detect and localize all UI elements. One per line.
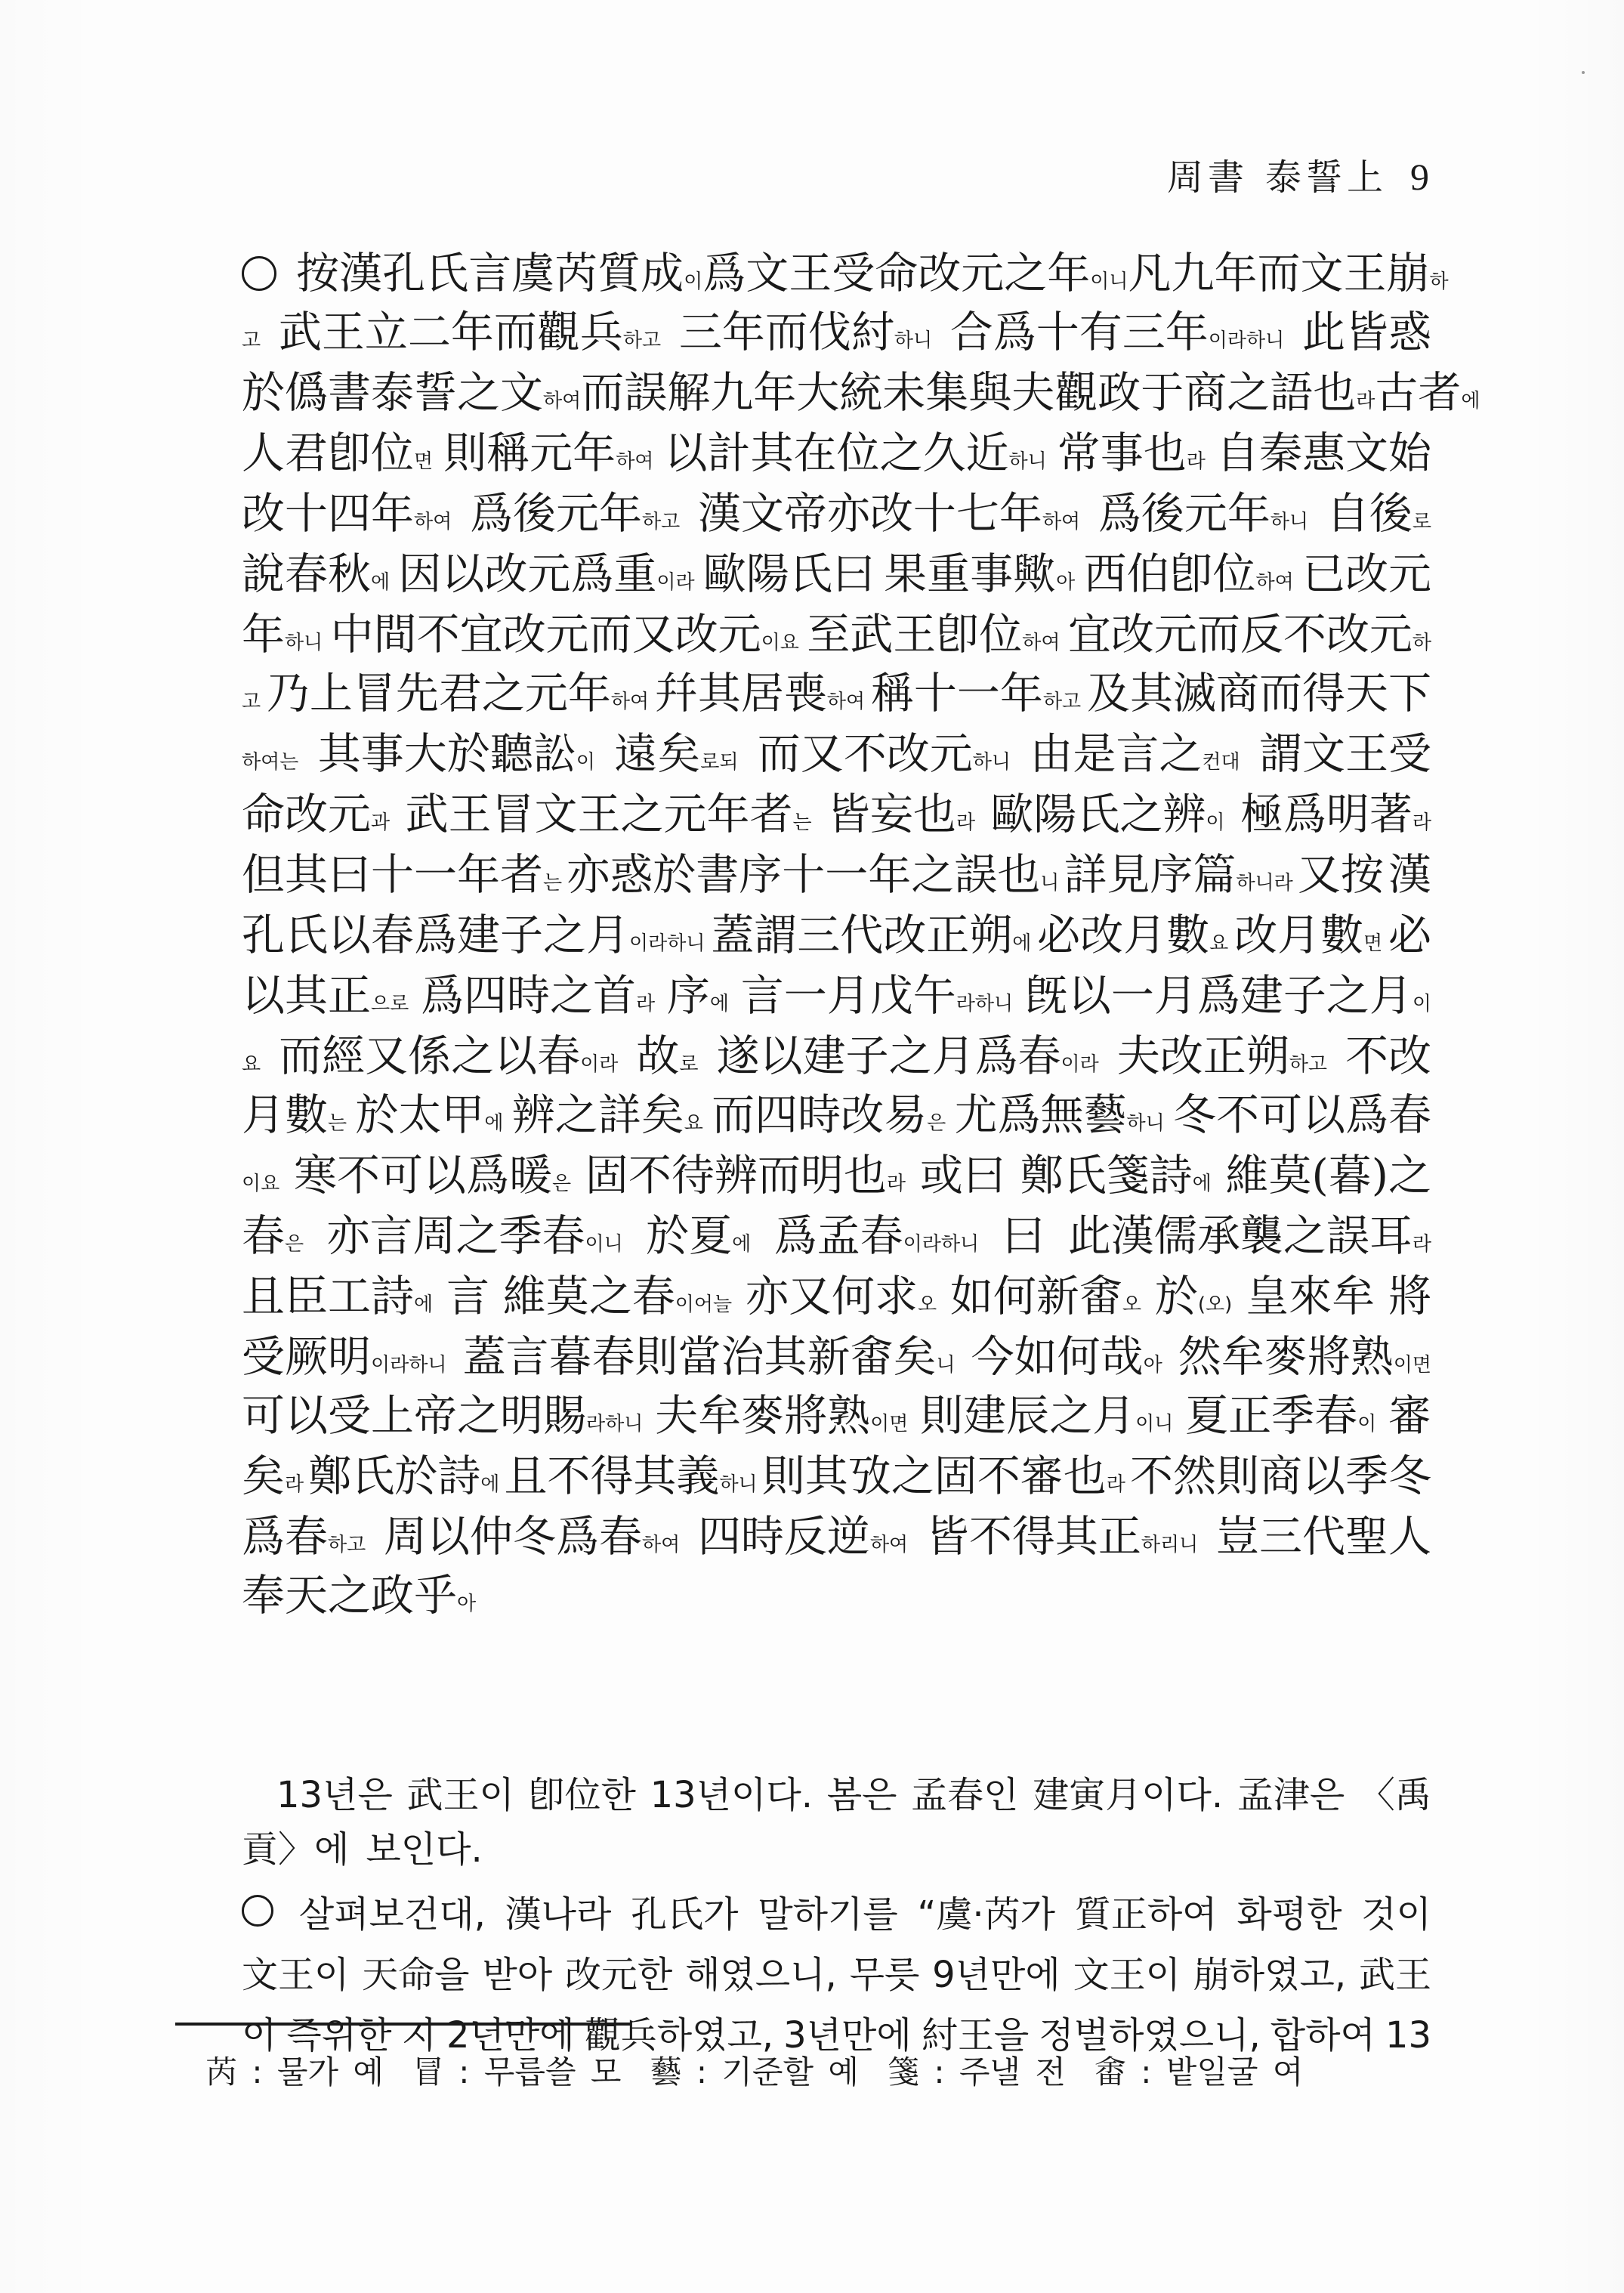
text-segment: 不然則商以季冬: [1130, 1446, 1431, 1507]
text-segment: 爲後元年하니: [1098, 484, 1308, 552]
text-segment: 亦惑於書序十一年之誤也니: [567, 845, 1059, 913]
korean-particle: 이니: [1090, 270, 1128, 293]
circle-marker-icon: [242, 1895, 273, 1927]
text-segment: 維莫之春이어늘: [503, 1266, 732, 1335]
text-segment: 以計其在位之久近하니: [664, 423, 1046, 492]
korean-particle: 이요: [761, 632, 799, 654]
commentary-line: 이요寒不可以爲暖은固不待辨而明也라或曰鄭氏箋詩에維莫(暮)之: [242, 1145, 1431, 1206]
translation-word: 文王이: [1073, 1945, 1181, 2005]
text-segment: 言: [446, 1266, 489, 1327]
text-segment: 固不待辨而明也라: [585, 1145, 906, 1214]
korean-particle: 은: [927, 1112, 946, 1135]
footnote-gloss: : 기준할 예: [681, 2054, 859, 2091]
korean-particle: 하고: [1043, 691, 1081, 713]
korean-particle: 에: [480, 1473, 499, 1496]
text-segment: 合爲十有三年이라하니: [950, 302, 1284, 371]
korean-particle: 하여: [1022, 632, 1060, 654]
footnote-gloss: : 밭일굴 여: [1126, 2054, 1304, 2091]
korean-particle: 라: [1413, 811, 1431, 834]
text-segment: 古者에: [1375, 363, 1480, 431]
korean-particle: 니: [1040, 872, 1059, 895]
text-segment: 則稱元年하여: [443, 423, 653, 492]
text-segment: 如何新畬오: [950, 1266, 1141, 1335]
text-segment: 乃上冒先君之元年하여: [267, 663, 649, 732]
text-segment: 將: [1388, 1266, 1431, 1327]
circle-marker-icon: [242, 256, 276, 291]
text-segment: 且不得其義하니: [504, 1446, 757, 1515]
footnote-char: 藝: [650, 2054, 681, 2091]
commentary-line: 按漢孔氏言虞芮質成이爲文王受命改元之年이니凡九年而文王崩하: [242, 243, 1431, 304]
text-segment: 矣라: [242, 1446, 304, 1515]
text-segment: 果重事歟아: [884, 544, 1075, 613]
korean-particle: 고: [242, 329, 261, 352]
footnote-entry: 芮 : 물가 예: [205, 2047, 384, 2093]
translation-word: 天命을: [362, 1945, 469, 2005]
text-segment: 於夏에: [646, 1206, 751, 1275]
text-segment: 夏正季春이: [1185, 1386, 1376, 1454]
korean-particle: 하니: [1127, 1112, 1165, 1135]
korean-particle: 요: [684, 1112, 703, 1135]
korean-particle: 에: [1012, 932, 1031, 955]
korean-particle: 라: [887, 1173, 906, 1195]
translation-word: 봄은: [827, 1765, 897, 1825]
translation-word: 武王이: [407, 1765, 514, 1825]
text-segment: 維莫(暮)之: [1226, 1145, 1431, 1206]
text-segment: 曰: [1002, 1206, 1045, 1266]
text-segment: 豈三代聖人: [1216, 1507, 1431, 1567]
korean-particle: 이라: [1061, 1053, 1098, 1076]
text-segment: 或曰: [920, 1145, 1006, 1206]
text-segment: 必改月數요: [1037, 905, 1228, 974]
translation-word: 해였으니,: [685, 1945, 837, 2005]
korean-particle: 이라하니: [371, 1354, 446, 1377]
footnote-entry: 冒 : 무릅쓸 모: [412, 2047, 622, 2093]
text-segment: 遠矣로되: [614, 724, 738, 793]
text-segment: 自後로: [1326, 484, 1431, 552]
text-segment: 其事大於聽訟이: [318, 724, 595, 793]
footnote-glossary: 芮 : 물가 예冒 : 무릅쓸 모藝 : 기준할 예箋 : 주낼 전畬 : 밭일…: [205, 2047, 1332, 2093]
footnote-gloss: : 주낼 전: [919, 2054, 1066, 2091]
text-segment: 詳見序篇하니라: [1064, 845, 1292, 913]
commentary-line: 하여는其事大於聽訟이遠矣로되而又不改元하니由是言之컨대謂文王受: [242, 724, 1431, 784]
text-segment: 極爲明著라: [1240, 784, 1431, 853]
korean-particle: 오: [1122, 1293, 1141, 1316]
korean-particle: 하니: [719, 1473, 757, 1496]
translation-line: 살펴보건대,漢나라孔氏가말하기를“虞·芮가質正하여화평한것이: [242, 1884, 1431, 1945]
korean-particle: 이어늘: [675, 1293, 732, 1316]
korean-particle: 하고: [1289, 1053, 1327, 1076]
commentary-line: 但其曰十一年者는亦惑於書序十一年之誤也니詳見序篇하니라又按漢: [242, 845, 1431, 905]
translation-word: 建寅月이다.: [1033, 1765, 1223, 1825]
korean-particle: 에: [414, 1293, 433, 1316]
text-segment: 하여는: [242, 724, 298, 793]
translation-word: 13: [1385, 2005, 1431, 2066]
text-segment: 爲四時之首라: [421, 966, 655, 1034]
text-segment: 爲後元年하고: [470, 484, 680, 552]
korean-particle: 과: [371, 811, 390, 834]
translation-word: 改元한: [565, 1945, 672, 2005]
text-segment: 且臣工詩에: [242, 1266, 433, 1335]
korean-particle: 하니: [1270, 511, 1308, 533]
korean-particle: 라: [1413, 1233, 1431, 1256]
korean-particle: 이: [1206, 811, 1224, 834]
translation-word: 받아: [482, 1945, 552, 2005]
korean-particle: 하여: [827, 691, 865, 713]
text-segment: 寒不可以爲暖은: [294, 1145, 571, 1214]
text-segment: 亦言周之季春이니: [327, 1206, 623, 1275]
korean-particle: 라: [956, 811, 975, 834]
footnote-char: 畬: [1095, 2054, 1126, 2091]
translation-word: 孟春인: [911, 1765, 1018, 1825]
text-segment: 冬不可以爲春: [1173, 1085, 1431, 1145]
text-segment: 歐陽氏之辨이: [990, 784, 1224, 853]
commentary-line: 說春秋에因以改元爲重이라歐陽氏曰果重事歟아西伯卽位하여已改元: [242, 544, 1431, 604]
translation-word: 貢〉에: [242, 1819, 349, 1880]
text-segment: 爲孟春이라하니: [774, 1206, 979, 1275]
footnote-rule: [175, 2023, 631, 2026]
text-segment: 命改元과: [242, 784, 390, 853]
korean-particle: 이니: [1135, 1413, 1173, 1435]
korean-particle: 하니라: [1236, 872, 1292, 895]
translation-word: 보인다.: [366, 1819, 482, 1880]
translation-word: 漢나라: [505, 1884, 612, 1945]
korean-particle: 하고: [328, 1534, 366, 1556]
text-segment: 按漢孔氏言: [242, 243, 511, 304]
korean-particle: 요: [1209, 932, 1228, 955]
text-segment: 奉天之政乎아: [242, 1565, 476, 1634]
translation-line: 13년은武王이卽位한13년이다.봄은孟春인建寅月이다.孟津은〈禹: [242, 1765, 1431, 1825]
commentary-line: 受厥明이라하니蓋言暮春則當治其新畬矣니今如何哉아然牟麥將熟이면: [242, 1327, 1431, 1387]
korean-particle: 하여: [543, 390, 581, 413]
commentary-line: 矣라鄭氏於詩에且不得其義하니則其攷之固不審也라不然則商以季冬: [242, 1446, 1431, 1507]
commentary-line: 고武王立二年而觀兵하고三年而伐紂하니合爲十有三年이라하니此皆惑: [242, 302, 1431, 363]
translation-word: 孔氏가: [631, 1884, 738, 1945]
text-segment: 尤爲無藝하니: [955, 1085, 1165, 1154]
text-segment: 說春秋에: [242, 544, 390, 613]
footnote-entry: 畬 : 밭일굴 여: [1095, 2047, 1304, 2093]
text-segment: 不改: [1345, 1026, 1431, 1086]
korean-particle: 하여: [1042, 511, 1080, 533]
running-head-book: 周書: [1167, 156, 1249, 199]
translation-word: “虞·芮가: [918, 1884, 1056, 1945]
korean-particle: 는: [543, 872, 562, 895]
korean-particle: 은: [285, 1233, 304, 1256]
text-segment: 辨之詳矣요: [512, 1085, 703, 1154]
korean-particle: 라: [1107, 1473, 1125, 1496]
footnote-entry: 藝 : 기준할 예: [650, 2047, 859, 2093]
footnote-gloss: : 물가 예: [237, 2054, 384, 2091]
korean-particle: 이라: [656, 571, 694, 594]
text-segment: 이요: [242, 1145, 279, 1214]
text-segment: 謂文王受: [1259, 724, 1431, 784]
footnote-char: 冒: [412, 2054, 444, 2091]
korean-particle: 하여: [1255, 571, 1293, 594]
text-segment: 旣以一月爲建子之月이: [1025, 966, 1431, 1034]
commentary-line: 改十四年하여爲後元年하고漢文帝亦改十七年하여爲後元年하니自後로: [242, 484, 1431, 544]
translation-line: 文王이天命을받아改元한해였으니,무릇9년만에文王이崩하였고,武王: [242, 1945, 1431, 2005]
translation-word: 〈禹: [1359, 1765, 1431, 1825]
korean-particle: 는: [792, 811, 811, 834]
korean-particle: 면: [414, 450, 433, 473]
commentary-line: 요而經又係之以春이라故로遂以建子之月爲春이라夫改正朔하고不改: [242, 1026, 1431, 1086]
korean-particle: 이라하니: [903, 1233, 979, 1256]
text-segment: 武王立二年而觀兵하고: [279, 302, 661, 371]
commentary-line: 孔氏以春爲建子之月이라하니蓋謂三代改正朔에必改月數요改月數면必: [242, 905, 1431, 966]
korean-particle: 하여는: [242, 751, 298, 774]
korean-particle: 에: [371, 571, 390, 594]
commentary-line: 奉天之政乎아: [242, 1565, 1431, 1626]
korean-particle: 으로: [371, 993, 409, 1015]
korean-particle: 이면: [1394, 1354, 1431, 1377]
text-segment: 又按: [1298, 845, 1384, 905]
text-segment: 月數는: [242, 1085, 347, 1154]
korean-particle: 하: [1413, 632, 1431, 654]
text-segment: 人君卽位면: [242, 423, 433, 492]
text-segment: 已改元: [1302, 544, 1431, 604]
text-segment: 幷其居喪하여: [655, 663, 865, 732]
text-segment: 鄭氏於詩에: [308, 1446, 499, 1515]
text-segment: 此漢儒承襲之誤耳라: [1068, 1206, 1431, 1275]
text-segment: 於太甲에: [355, 1085, 503, 1154]
commentary-line: 爲春하고周以仲冬爲春하여四時反逆하여皆不得其正하리니豈三代聖人: [242, 1507, 1431, 1567]
text-segment: 以其正으로: [242, 966, 409, 1034]
commentary-line: 고乃上冒先君之元年하여幷其居喪하여稱十一年하고及其滅商而得天下: [242, 663, 1431, 724]
korean-particle: 컨대: [1202, 751, 1240, 774]
translation-word: 崩하였고,: [1193, 1945, 1346, 2005]
text-segment: 序에: [667, 966, 729, 1034]
text-segment: 而四時改易은: [712, 1085, 946, 1154]
text-segment: 於(오): [1155, 1266, 1232, 1335]
korean-particle: 이: [576, 751, 595, 774]
text-segment: 必: [1388, 905, 1431, 966]
footnote-entry: 箋 : 주낼 전: [888, 2047, 1066, 2093]
korean-particle: 하여: [870, 1534, 908, 1556]
text-segment: 稱十一年하고: [871, 663, 1081, 732]
text-segment: 고: [242, 663, 261, 732]
text-segment: 於僞書泰誓之文하여: [242, 363, 581, 431]
text-segment: 則建辰之月이니: [920, 1386, 1173, 1454]
korean-particle: 하여: [611, 691, 649, 713]
scan-speck: [1582, 71, 1585, 74]
korean-particle: 로: [679, 1053, 698, 1076]
korean-particle: 로되: [700, 751, 738, 774]
text-segment: 改十四年하여: [242, 484, 452, 552]
text-segment: 及其滅商而得天下: [1087, 663, 1431, 724]
korean-particle: 하여: [642, 1534, 680, 1556]
korean-particle: 은: [552, 1173, 571, 1195]
text-segment: 改月數면: [1234, 905, 1382, 974]
footnote-char: 箋: [888, 2054, 919, 2091]
korean-particle: 라: [1356, 390, 1375, 413]
commentary-line: 命改元과武王冒文王之元年者는皆妄也라歐陽氏之辨이極爲明著라: [242, 784, 1431, 845]
korean-particle: 라하니: [956, 993, 1013, 1015]
korean-particle: 이: [684, 270, 702, 293]
translation-word: 말하기를: [758, 1884, 897, 1945]
text-segment: 皇來牟: [1246, 1266, 1375, 1327]
korean-particle: 이니: [585, 1233, 623, 1256]
text-segment: 常事也라: [1057, 423, 1206, 492]
translation-word: 살펴보건대,: [299, 1884, 486, 1945]
korean-particle: 아: [457, 1593, 476, 1615]
text-segment: 鄭氏箋詩에: [1020, 1145, 1212, 1214]
text-segment: 此皆惑: [1302, 302, 1431, 363]
korean-particle: 에: [484, 1112, 503, 1135]
text-segment: 亦又何求오: [746, 1266, 937, 1335]
translation-word: 質正하여: [1075, 1884, 1218, 1945]
korean-particle: 니: [936, 1354, 955, 1377]
book-page: 周書泰誓上9 按漢孔氏言虞芮質成이爲文王受命改元之年이니凡九年而文王崩하고武王立…: [0, 0, 1624, 2293]
translation-word: 화평한: [1237, 1884, 1341, 1945]
text-segment: 歐陽氏曰: [703, 544, 875, 604]
commentary-line: 年하니中間不宜改元而又改元이요至武王卽位하여宜改元而反不改元하: [242, 604, 1431, 665]
text-segment: 可以受上帝之明賜라하니: [242, 1386, 643, 1454]
text-segment: 蓋謂三代改正朔에: [711, 905, 1031, 974]
footnote-gloss: : 무릅쓸 모: [444, 2054, 622, 2091]
translation-word: 卽位한: [529, 1765, 636, 1825]
korean-particle: 하고: [642, 511, 680, 533]
text-segment: 皆妄也라: [827, 784, 975, 853]
korean-particle: 아: [1144, 1354, 1162, 1377]
translation-word: 무릇: [850, 1945, 920, 2005]
korean-particle: 하고: [623, 329, 661, 352]
commentary-line: 月數는於太甲에辨之詳矣요而四時改易은尤爲無藝하니冬不可以爲春: [242, 1085, 1431, 1145]
korean-particle: 하니: [285, 632, 323, 654]
korean-particle: 라: [636, 993, 655, 1015]
running-head-chapter: 泰誓上: [1265, 156, 1388, 199]
korean-particle: 하니: [894, 329, 932, 352]
translation-line: 貢〉에보인다.: [242, 1819, 1431, 1880]
translation-word: 13년은: [276, 1765, 393, 1825]
commentary-line: 於僞書泰誓之文하여而誤解九年大統未集與夫觀政于商之語也라古者에: [242, 363, 1431, 423]
text-segment: 漢: [1388, 845, 1431, 905]
korean-particle: 이면: [870, 1413, 908, 1435]
korean-particle: 라: [285, 1473, 304, 1496]
translation-word: 13년이다.: [650, 1765, 813, 1825]
korean-particle: 로: [1413, 511, 1431, 533]
korean-particle: 에: [732, 1233, 751, 1256]
korean-particle: 에: [710, 993, 729, 1015]
translation-word: 9년만에: [932, 1945, 1061, 2005]
text-segment: 夫牟麥將熟이면: [655, 1386, 908, 1454]
korean-particle: 아: [1056, 571, 1075, 594]
running-head: 周書泰誓上9: [1167, 148, 1434, 200]
korean-particle: 에: [1193, 1173, 1212, 1195]
korean-particle: 이라하니: [629, 932, 705, 955]
text-segment: 春은: [242, 1206, 304, 1275]
text-segment: 三年而伐紂하니: [679, 302, 932, 371]
text-segment: 自秦惠文始: [1216, 423, 1431, 484]
korean-particle: 요: [242, 1053, 261, 1076]
text-segment: 而誤解九年大統未集與夫觀政于商之語也라: [581, 363, 1375, 431]
korean-particle: 고: [242, 691, 261, 713]
korean-particle: 오: [918, 1293, 937, 1316]
translation-word: 孟津은: [1237, 1765, 1345, 1825]
korean-particle: 이라: [580, 1053, 618, 1076]
korean-particle: 하여: [414, 511, 452, 533]
text-segment: 但其曰十一年者는: [242, 845, 562, 913]
commentary-line: 春은亦言周之季春이니於夏에爲孟春이라하니曰此漢儒承襲之誤耳라: [242, 1206, 1431, 1266]
korean-particle: 라하니: [586, 1413, 643, 1435]
korean-particle: 이요: [242, 1173, 279, 1195]
text-segment: 武王冒文王之元年者는: [405, 784, 811, 853]
korean-particle: 이: [1413, 993, 1431, 1015]
text-segment: 因以改元爲重이라: [398, 544, 694, 613]
commentary-line: 以其正으로爲四時之首라序에言一月戊午라하니旣以一月爲建子之月이: [242, 966, 1431, 1026]
text-segment: 則其攷之固不審也라: [762, 1446, 1125, 1515]
korean-particle: 는: [328, 1112, 347, 1135]
translation-word: 文王이: [242, 1945, 349, 2005]
korean-particle: 하여: [616, 450, 653, 473]
translation-word: 것이: [1361, 1884, 1431, 1945]
korean-particle: 이: [1357, 1413, 1376, 1435]
korean-particle: (오): [1198, 1293, 1232, 1316]
korean-particle: 하: [1429, 270, 1448, 293]
page-number: 9: [1410, 155, 1434, 199]
korean-particle: 하리니: [1141, 1534, 1198, 1556]
text-segment: 而又不改元하니: [758, 724, 1011, 793]
text-segment: 고: [242, 302, 261, 371]
text-segment: 言一月戊午라하니: [741, 966, 1013, 1034]
text-segment: 審: [1388, 1386, 1431, 1446]
korean-particle: 라: [1187, 450, 1206, 473]
commentary-line: 人君卽位면則稱元年하여以計其在位之久近하니常事也라自秦惠文始: [242, 423, 1431, 484]
korean-particle: 이라하니: [1209, 329, 1284, 352]
korean-particle: 하니: [973, 751, 1011, 774]
commentary-line: 且臣工詩에言維莫之春이어늘亦又何求오如何新畬오於(오)皇來牟將: [242, 1266, 1431, 1327]
korean-particle: 하니: [1008, 450, 1046, 473]
korean-particle: 면: [1363, 932, 1382, 955]
translation-word: 武王: [1359, 1945, 1431, 2005]
text-segment: 孔氏以春爲建子之月이라하니: [242, 905, 705, 974]
text-segment: 由是言之컨대: [1030, 724, 1240, 793]
commentary-line: 可以受上帝之明賜라하니夫牟麥將熟이면則建辰之月이니夏正季春이審: [242, 1386, 1431, 1446]
korean-particle: 에: [1461, 390, 1480, 413]
text-segment: 西伯卽位하여: [1083, 544, 1293, 613]
text-segment: 漢文帝亦改十七年하여: [698, 484, 1080, 552]
footnote-char: 芮: [205, 2054, 237, 2091]
